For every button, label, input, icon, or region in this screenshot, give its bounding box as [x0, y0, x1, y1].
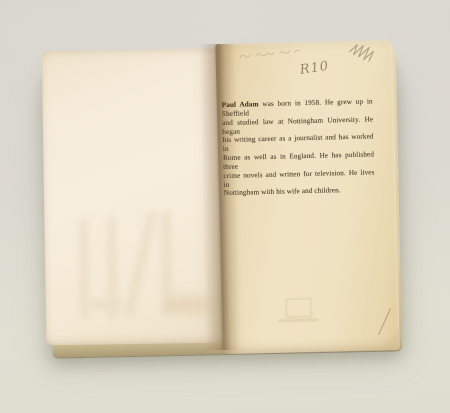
pencil-price-annotation: R10	[299, 59, 330, 78]
right-bio-page: R10 Paul Adam was born in 1958. He grew …	[215, 40, 400, 354]
pencil-scribble-icon	[345, 41, 378, 66]
author-name: Paul Adam	[222, 100, 259, 109]
faint-pencil-note	[237, 49, 301, 61]
publisher-text-showthrough	[278, 319, 318, 322]
page-stain	[166, 295, 212, 316]
publisher-logo-showthrough	[285, 298, 311, 318]
bio-line-6: Nottingham with his wife and children.	[224, 186, 375, 199]
author-bio-text: Paul Adam was born in 1958. He grew up i…	[222, 97, 375, 198]
left-blank-page	[42, 49, 224, 346]
photo-background: R10 Paul Adam was born in 1958. He grew …	[0, 0, 450, 413]
corner-crease-highlight	[380, 328, 401, 350]
